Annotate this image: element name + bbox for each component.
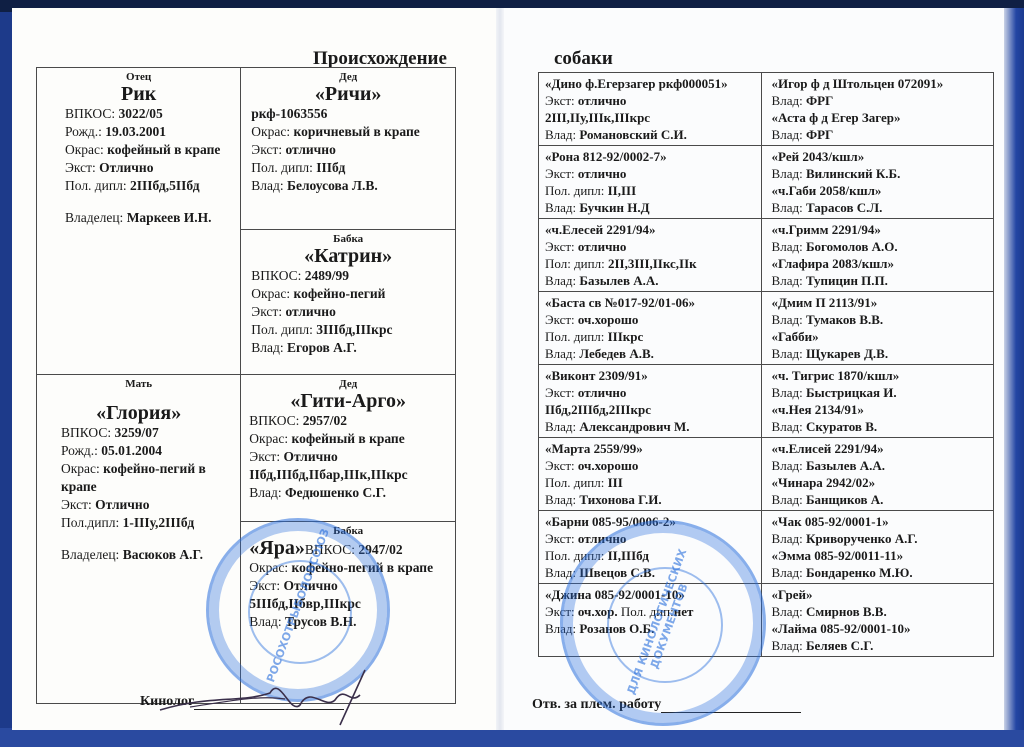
field-value: ФРГ <box>806 127 833 142</box>
field-value: 19.03.2001 <box>105 124 166 139</box>
field-value: «Глафира 2083/кшл» <box>772 256 894 271</box>
dog-name: «Глория» <box>37 402 240 424</box>
ancestor-row: «Баста св №017-92/01-06»Экст: оч.хорошоП… <box>539 292 994 365</box>
detail-line: Экст: отлично <box>545 92 761 109</box>
field-label: Пол. дипл: <box>545 475 608 490</box>
field-label: Пол. дипл: <box>545 329 608 344</box>
field-label: Экст: <box>545 385 578 400</box>
dog-name: «Гити-Арго» <box>241 390 455 412</box>
field-label: Влад: <box>772 312 806 327</box>
field-label: ВПКОС: <box>251 268 304 283</box>
field-value: кофейный в крапе <box>107 142 220 157</box>
detail-line: Пол: дипл: 2II,3III,IIкс,IIк <box>545 255 761 272</box>
grandfather-details: ркф-1063556Окрас: коричневый в крапеЭкст… <box>241 105 455 195</box>
field-label: ВПКОС: <box>61 425 114 440</box>
detail-line: Окрас: кофейно-пегий в крапе <box>61 460 240 496</box>
detail-line: Рожд.: 19.03.2001 <box>65 123 240 141</box>
field-label: Влад: <box>772 200 806 215</box>
field-value: оч.хорошо <box>578 312 638 327</box>
field-value: 3IIIбд,IIIкрс <box>316 322 392 337</box>
field-value: «Аста ф д Егер Загер» <box>772 110 901 125</box>
field-value: Тихонова Г.И. <box>579 492 661 507</box>
field-label: Влад: <box>772 385 806 400</box>
field-label: Пол. дипл: <box>251 322 316 337</box>
dog-name-line: «ч.Нея 2134/91» <box>772 401 993 418</box>
field-value: Тарасов С.Л. <box>806 200 882 215</box>
field-value: «Джина 085-92/0001-10» <box>545 587 685 602</box>
field-label: Влад: <box>772 346 806 361</box>
detail-line: Экст: оч.хорошо <box>545 457 761 474</box>
role-label: Бабка <box>241 525 455 537</box>
detail-line: Влад: Александрович М. <box>545 418 761 435</box>
field-value: ФРГ <box>806 93 833 108</box>
great-great-grandparents-cell: «Игор ф д Штольцен 072091»Влад: ФРГ«Аста… <box>761 73 993 146</box>
owner-line: Владелец: Васюков А.Г. <box>37 546 240 564</box>
field-value: Богомолов А.О. <box>806 239 898 254</box>
role-label: Бабка <box>241 233 455 245</box>
great-great-grandparents-cell: «ч.Елисей 2291/94»Влад: Базылев А.А.«Чин… <box>761 438 993 511</box>
field-value: оч.хорошо <box>578 458 638 473</box>
field-label: Влад: <box>545 127 579 142</box>
detail-line: Пол.дипл: 1-IIIу,2IIIбд <box>61 514 240 532</box>
detail-line: Экст: Отлично <box>61 496 240 514</box>
field-value: 3022/05 <box>118 106 162 121</box>
field-value: Тумаков В.В. <box>806 312 883 327</box>
field-label: Влад: <box>249 614 285 629</box>
field-label: Пол.дипл: <box>61 515 123 530</box>
dog-name-line: «Чинара 2942/02» <box>772 474 993 491</box>
field-value: Быстрицкая И. <box>806 385 897 400</box>
dog-name-line: «Игор ф д Штольцен 072091» <box>772 75 993 92</box>
dog-name-line: «ч. Тигрис 1870/кшл» <box>772 367 993 384</box>
dog-name-line: «Джина 085-92/0001-10» <box>545 586 761 603</box>
field-value: оч.хор. <box>578 604 618 619</box>
field-value: «Лайма 085-92/0001-10» <box>772 621 911 636</box>
field-value: Розанов О.Б. <box>579 621 654 636</box>
great-grandparent-cell: «Рона 812-92/0002-7»Экст: отличноПол. ди… <box>539 146 762 219</box>
detail-line: Влад: Бондаренко М.Ю. <box>772 564 993 581</box>
field-label: Рожд.: <box>65 124 105 139</box>
field-value: кофейно-пегий <box>293 286 385 301</box>
dog-name-line: «Эмма 085-92/0011-11» <box>772 547 993 564</box>
field-label: Влад: <box>251 340 287 355</box>
field-label: Влад: <box>545 200 579 215</box>
field-label: Экст: <box>545 604 578 619</box>
field-label: Экст: <box>251 304 285 319</box>
father-details: ВПКОС: 3022/05Рожд.: 19.03.2001Окрас: ко… <box>37 105 240 195</box>
ancestor-row: «Марта 2559/99»Экст: оч.хорошоПол. дипл:… <box>539 438 994 511</box>
field-value: Смирнов В.В. <box>806 604 887 619</box>
detail-line: Влад: Смирнов В.В. <box>772 603 993 620</box>
detail-line: ВПКОС: 3022/05 <box>65 105 240 123</box>
field-value: «ч.Гримм 2291/94» <box>772 222 881 237</box>
field-value: «ч.Елесей 2291/94» <box>545 222 656 237</box>
field-value: Банщиков А. <box>806 492 883 507</box>
field-label: Экст: <box>545 93 578 108</box>
dog-name-line: «Дино ф.Егерзагер ркф000051» <box>545 75 761 92</box>
field-label: Влад: <box>545 419 579 434</box>
field-value: Базылев А.А. <box>806 458 885 473</box>
dog-name: «Яра» <box>249 537 305 559</box>
great-grandparent-cell: «Джина 085-92/0001-10»Экст: оч.хор. Пол.… <box>539 584 762 657</box>
field-value: 2II,3III,IIкс,IIк <box>608 256 697 271</box>
field-value: «ч.Нея 2134/91» <box>772 402 864 417</box>
field-label: Экст: <box>249 578 283 593</box>
detail-line: Экст: отлично <box>545 238 761 255</box>
dog-name-line: «Чак 085-92/0001-1» <box>772 513 993 530</box>
dog-name-line: «Аста ф д Егер Загер» <box>772 109 993 126</box>
great-great-grandparents-cell: «Грей»Влад: Смирнов В.В.«Лайма 085-92/00… <box>761 584 993 657</box>
field-value: IIIбд <box>316 160 345 175</box>
detail-line: ВПКОС: 3259/07 <box>61 424 240 442</box>
detail-line: Влад: Тихонова Г.И. <box>545 491 761 508</box>
detail-line: Влад: Беляев С.Г. <box>772 637 993 654</box>
field-value: «Чак 085-92/0001-1» <box>772 514 889 529</box>
great-grandparent-cell: «Виконт 2309/91»Экст: отличноIIбд,2IIIбд… <box>539 365 762 438</box>
great-great-grandparents-cell: «Чак 085-92/0001-1»Влад: Криворученко А.… <box>761 511 993 584</box>
field-value: «Дино ф.Егерзагер ркф000051» <box>545 76 728 91</box>
field-label: Экст: <box>249 449 283 464</box>
field-label: Окрас: <box>249 560 291 575</box>
detail-line: Пол. дипл: II,IIIбд <box>545 547 761 564</box>
detail-line: Экст: отлично <box>545 530 761 547</box>
great-great-grandparents-cell: «Дмим П 2113/91»Влад: Тумаков В.В.«Габби… <box>761 292 993 365</box>
dog-name-line: «Рей 2043/кшл» <box>772 148 993 165</box>
field-value: Лебедев А.В. <box>579 346 653 361</box>
dog-name-line: «Барни 085-95/0006-2» <box>545 513 761 530</box>
field-label: Влад: <box>772 273 806 288</box>
field-value: «Грей» <box>772 587 813 602</box>
ancestor-row: «Рона 812-92/0002-7»Экст: отличноПол. ди… <box>539 146 994 219</box>
detail-line: Пол. дипл: IIIбд <box>251 159 455 177</box>
field-label: Окрас: <box>251 286 293 301</box>
signature-line <box>661 712 801 713</box>
grandmother-details: Окрас: кофейно-пегий в крапеЭкст: Отличн… <box>241 559 455 631</box>
field-value: «Барни 085-95/0006-2» <box>545 514 676 529</box>
great-grandparent-cell: «Барни 085-95/0006-2»Экст: отличноПол. д… <box>539 511 762 584</box>
owner-line: Владелец: Маркеев И.Н. <box>37 209 240 227</box>
great-great-grandparents-cell: «ч. Тигрис 1870/кшл»Влад: Быстрицкая И.«… <box>761 365 993 438</box>
detail-line: 5IIIбд,IIбвр,IIIкрс <box>249 595 455 613</box>
ancestor-row: «Виконт 2309/91»Экст: отличноIIбд,2IIIбд… <box>539 365 994 438</box>
cynologist-signature-field: Кинолог <box>140 694 344 710</box>
field-value: отлично <box>578 385 627 400</box>
detail-line: Экст: оч.хорошо <box>545 311 761 328</box>
detail-line: Влад: Щукарев Д.В. <box>772 345 993 362</box>
dog-name-line: «Габби» <box>772 328 993 345</box>
field-label: Влад: <box>772 604 806 619</box>
detail-line: Влад: Тумаков В.В. <box>772 311 993 328</box>
detail-line: Окрас: кофейно-пегий в крапе <box>249 559 455 577</box>
field-label: Окрас: <box>65 142 107 157</box>
detail-line: Влад: Трусов В.Н. <box>249 613 455 631</box>
field-value: 1-IIIу,2IIIбд <box>123 515 195 530</box>
grandfather-details: ВПКОС: 2957/02Окрас: кофейный в крапеЭкс… <box>241 412 455 502</box>
detail-line: IIбд,IIIбд,IIбар,IIIк,IIIкрс <box>249 466 455 484</box>
field-label: Пол. дипл: <box>545 183 608 198</box>
field-label: Влад: <box>545 346 579 361</box>
detail-line: ВПКОС: 2957/02 <box>249 412 455 430</box>
field-label: Пол. дипл: <box>251 160 316 175</box>
detail-line: Влад: Федюшенко С.Г. <box>249 484 455 502</box>
ancestor-row: «Джина 085-92/0001-10»Экст: оч.хор. Пол.… <box>539 584 994 657</box>
detail-line: Влад: Базылев А.А. <box>772 457 993 474</box>
field-value: Трусов В.Н. <box>285 614 356 629</box>
field-value: IIбд,IIIбд,IIбар,IIIк,IIIкрс <box>249 467 407 482</box>
dog-name-line: «ч.Елисей 2291/94» <box>772 440 993 457</box>
detail-line: Влад: Швецов С.В. <box>545 564 761 581</box>
field-label: Экст: <box>545 239 578 254</box>
detail-line: Влад: Скуратов В. <box>772 418 993 435</box>
field-value: 05.01.2004 <box>101 443 162 458</box>
field-value: 2489/99 <box>305 268 349 283</box>
field-value: Вилинский К.Б. <box>806 166 900 181</box>
role-label: Дед <box>241 71 455 83</box>
dog-name: Рик <box>37 83 240 105</box>
field-value: отлично <box>578 93 627 108</box>
ancestor-row: «Барни 085-95/0006-2»Экст: отличноПол. д… <box>539 511 994 584</box>
field-value: Криворученко А.Г. <box>806 531 918 546</box>
role-label: Отец <box>37 71 240 83</box>
field-label: ВПКОС: <box>249 413 302 428</box>
field-value: IIIкрс <box>608 329 644 344</box>
great-grandparent-cell: «Марта 2559/99»Экст: оч.хорошоПол. дипл:… <box>539 438 762 511</box>
field-label: Влад: <box>772 458 806 473</box>
field-label: Пол. дипл: <box>65 178 130 193</box>
field-value: II,IIIбд <box>608 548 649 563</box>
detail-line: Окрас: кофейный в крапе <box>65 141 240 159</box>
field-label: Влад: <box>772 638 806 653</box>
detail-line: Рожд.: 05.01.2004 <box>61 442 240 460</box>
detail-line: Экст: отлично <box>545 165 761 182</box>
field-value: Белоусова Л.В. <box>287 178 378 193</box>
field-value: Федюшенко С.Г. <box>285 485 386 500</box>
field-value: Романовский С.И. <box>579 127 686 142</box>
field-label: Влад: <box>545 565 579 580</box>
great-grandparent-cell: «ч.Елесей 2291/94»Экст: отличноПол: дипл… <box>539 219 762 292</box>
field-value: 3259/07 <box>114 425 158 440</box>
field-value: Бондаренко М.Ю. <box>806 565 913 580</box>
field-value: «Виконт 2309/91» <box>545 368 648 383</box>
field-label: Пол. дипл: <box>545 548 608 563</box>
field-value: отлично <box>285 304 335 319</box>
great-great-grandparents-cell: «ч.Гримм 2291/94»Влад: Богомолов А.О.«Гл… <box>761 219 993 292</box>
field-value: IIбд,2IIIбд,2IIIкрс <box>545 402 651 417</box>
paternal-grandmother-cell: Бабка «Катрин» ВПКОС: 2489/99Окрас: кофе… <box>241 229 456 374</box>
field-value: Отлично <box>283 449 337 464</box>
detail-line: Пол. дипл: IIIкрс <box>545 328 761 345</box>
detail-line: Влад: Банщиков А. <box>772 491 993 508</box>
detail-line: Влад: Быстрицкая И. <box>772 384 993 401</box>
maternal-grandmother-cell: Бабка «Яра»ВПКОС: 2947/02 Окрас: кофейно… <box>241 522 456 704</box>
cynologist-label: Кинолог <box>140 694 194 709</box>
field-value: «Эмма 085-92/0011-11» <box>772 548 904 563</box>
detail-line: ВПКОС: 2489/99 <box>251 267 455 285</box>
detail-line: Влад: Базылев А.А. <box>545 272 761 289</box>
field-value: Базылев А.А. <box>579 273 658 288</box>
dog-name-line: «Дмим П 2113/91» <box>772 294 993 311</box>
paternal-grandfather-cell: Дед «Ричи» ркф-1063556Окрас: коричневый … <box>241 68 456 230</box>
dog-name-line: «Рона 812-92/0002-7» <box>545 148 761 165</box>
field-label: Экст: <box>545 458 578 473</box>
detail-line: Влад: Романовский С.И. <box>545 126 761 143</box>
field-value: Александрович М. <box>579 419 689 434</box>
detail-line: Влад: Розанов О.Б. <box>545 620 761 637</box>
field-value: «Марта 2559/99» <box>545 441 643 456</box>
booklet-cover-edge <box>1004 8 1024 730</box>
field-value: кофейный в крапе <box>291 431 404 446</box>
field-label: Пол: дипл: <box>545 256 608 271</box>
field-label: Экст: <box>65 160 99 175</box>
field-value: отлично <box>578 166 627 181</box>
detail-line: Влад: Белоусова Л.В. <box>251 177 455 195</box>
field-value: «ч.Елисей 2291/94» <box>772 441 884 456</box>
ancestor-row: «Дино ф.Егерзагер ркф000051»Экст: отличн… <box>539 73 994 146</box>
detail-line: Влад: Криворученко А.Г. <box>772 530 993 547</box>
detail-line: Окрас: кофейно-пегий <box>251 285 455 303</box>
detail-line: ркф-1063556 <box>251 105 455 123</box>
field-value: отлично <box>285 142 335 157</box>
field-value: отлично <box>578 531 627 546</box>
detail-line: Окрас: коричневый в крапе <box>251 123 455 141</box>
field-value: «ч.Габи 2058/кшл» <box>772 183 882 198</box>
field-value: Бучкин Н.Д <box>579 200 649 215</box>
detail-line: Влад: Егоров А.Г. <box>251 339 455 357</box>
field-label: Влад: <box>772 419 806 434</box>
role-label: Мать <box>37 378 240 390</box>
field-label: Экст: <box>545 531 578 546</box>
detail-line: Пол. дипл: III <box>545 474 761 491</box>
breeding-responsible-signature-field: Отв. за плем. работу <box>532 697 801 713</box>
dog-name-line: «ч.Габи 2058/кшл» <box>772 182 993 199</box>
dog-name-line: «Грей» <box>772 586 993 603</box>
dog-name-line: «Виконт 2309/91» <box>545 367 761 384</box>
detail-line: Экст: Отлично <box>249 448 455 466</box>
maternal-grandfather-cell: Дед «Гити-Арго» ВПКОС: 2957/02Окрас: коф… <box>241 375 456 522</box>
field-value: Егоров А.Г. <box>287 340 357 355</box>
booklet-cover-bottom <box>0 728 1024 747</box>
great-grandparent-cell: «Баста св №017-92/01-06»Экст: оч.хорошоП… <box>539 292 762 365</box>
field-label: Влад: <box>772 239 806 254</box>
field-value: 2IIIбд,5IIбд <box>130 178 200 193</box>
field-value: Отлично <box>95 497 149 512</box>
field-value: Швецов С.В. <box>579 565 655 580</box>
field-value: «Рона 812-92/0002-7» <box>545 149 667 164</box>
field-label: ВПКОС: <box>65 106 118 121</box>
field-value: «ч. Тигрис 1870/кшл» <box>772 368 900 383</box>
dog-name-line: «Марта 2559/99» <box>545 440 761 457</box>
detail-line: Пол. дипл: 2IIIбд,5IIбд <box>65 177 240 195</box>
field-value: Отлично <box>283 578 337 593</box>
field-value: II,III <box>608 183 637 198</box>
role-label: Дед <box>241 378 455 390</box>
field-label: Влад: <box>545 621 579 636</box>
detail-line: Влад: Вилинский К.Б. <box>772 165 993 182</box>
ancestor-row: «ч.Елесей 2291/94»Экст: отличноПол: дипл… <box>539 219 994 292</box>
dog-name-line: «Глафира 2083/кшл» <box>772 255 993 272</box>
field-value: отлично <box>578 239 627 254</box>
field-value: Беляев С.Г. <box>806 638 873 653</box>
field-label: Влад: <box>772 492 806 507</box>
field-label: Окрас: <box>249 431 291 446</box>
field-label: Влад: <box>772 166 806 181</box>
detail-line: Экст: отлично <box>545 384 761 401</box>
field-label: Окрас: <box>61 461 103 476</box>
field-label: Окрас: <box>251 124 293 139</box>
field-value: 2III,IIу,IIIк,IIIкрс <box>545 110 650 125</box>
field-value: III <box>608 475 623 490</box>
detail-line: Влад: Тупицин П.П. <box>772 272 993 289</box>
dog-name-line: «Баста св №017-92/01-06» <box>545 294 761 311</box>
dog-name-line: «ч.Гримм 2291/94» <box>772 221 993 238</box>
field-label: Влад: <box>772 93 806 108</box>
field-value: кофейно-пегий в крапе <box>291 560 433 575</box>
pedigree-ancestors-table: «Дино ф.Егерзагер ркф000051»Экст: отличн… <box>538 72 994 657</box>
field-value: 2957/02 <box>303 413 347 428</box>
detail-line: IIбд,2IIIбд,2IIIкрс <box>545 401 761 418</box>
detail-line: Экст: Отлично <box>65 159 240 177</box>
breeding-responsible-label: Отв. за плем. работу <box>532 697 661 712</box>
field-label: Влад: <box>249 485 285 500</box>
detail-line: Экст: отлично <box>251 141 455 159</box>
field-value: «Игор ф д Штольцен 072091» <box>772 76 944 91</box>
detail-line: Влад: Бучкин Н.Д <box>545 199 761 216</box>
great-grandparent-cell: «Дино ф.Егерзагер ркф000051»Экст: отличн… <box>539 73 762 146</box>
detail-line: Влад: Богомолов А.О. <box>772 238 993 255</box>
detail-line: 2III,IIу,IIIк,IIIкрс <box>545 109 761 126</box>
field-value: «Чинара 2942/02» <box>772 475 876 490</box>
field-label: Влад: <box>545 492 579 507</box>
field-label: Влад: <box>772 565 806 580</box>
detail-line: Влад: Лебедев А.В. <box>545 345 761 362</box>
field-label: Экст: <box>61 497 95 512</box>
father-cell: Отец Рик ВПКОС: 3022/05Рожд.: 19.03.2001… <box>37 68 241 375</box>
pedigree-parents-table: Отец Рик ВПКОС: 3022/05Рожд.: 19.03.2001… <box>36 67 456 704</box>
field-label: Экст: <box>545 166 578 181</box>
grandmother-details: ВПКОС: 2489/99Окрас: кофейно-пегийЭкст: … <box>241 267 455 357</box>
field-label: Влад: <box>251 178 287 193</box>
detail-line: Пол. дипл: II,III <box>545 182 761 199</box>
detail-line: Экст: Отлично <box>249 577 455 595</box>
field-value: Скуратов В. <box>806 419 877 434</box>
field-label: Влад: <box>545 273 579 288</box>
field-value: «Рей 2043/кшл» <box>772 149 865 164</box>
detail-line: Экст: оч.хор. Пол. дип:нет <box>545 603 761 620</box>
detail-line: Пол. дипл: 3IIIбд,IIIкрс <box>251 321 455 339</box>
detail-line: Влад: Тарасов С.Л. <box>772 199 993 216</box>
field-label: Экст: <box>251 142 285 157</box>
field-value: Тупицин П.П. <box>806 273 888 288</box>
detail-line: Окрас: кофейный в крапе <box>249 430 455 448</box>
field-value: «Габби» <box>772 329 819 344</box>
detail-line: Экст: отлично <box>251 303 455 321</box>
dog-name: «Катрин» <box>241 245 455 267</box>
dog-name-line: «ч.Елесей 2291/94» <box>545 221 761 238</box>
field-label: Рожд.: <box>61 443 101 458</box>
field-value: «Баста св №017-92/01-06» <box>545 295 695 310</box>
grandmother-name-line: «Яра»ВПКОС: 2947/02 <box>241 537 455 559</box>
signature-line <box>194 709 344 710</box>
booklet-binding <box>496 8 504 730</box>
detail-line: Влад: ФРГ <box>772 126 993 143</box>
page-title-right: собаки <box>554 48 613 70</box>
mother-details: ВПКОС: 3259/07Рожд.: 05.01.2004Окрас: ко… <box>37 424 240 532</box>
field-label: Влад: <box>772 127 806 142</box>
dog-name-line: «Лайма 085-92/0001-10» <box>772 620 993 637</box>
field-label: Влад: <box>772 531 806 546</box>
detail-line: Влад: ФРГ <box>772 92 993 109</box>
dog-name: «Ричи» <box>241 83 455 105</box>
